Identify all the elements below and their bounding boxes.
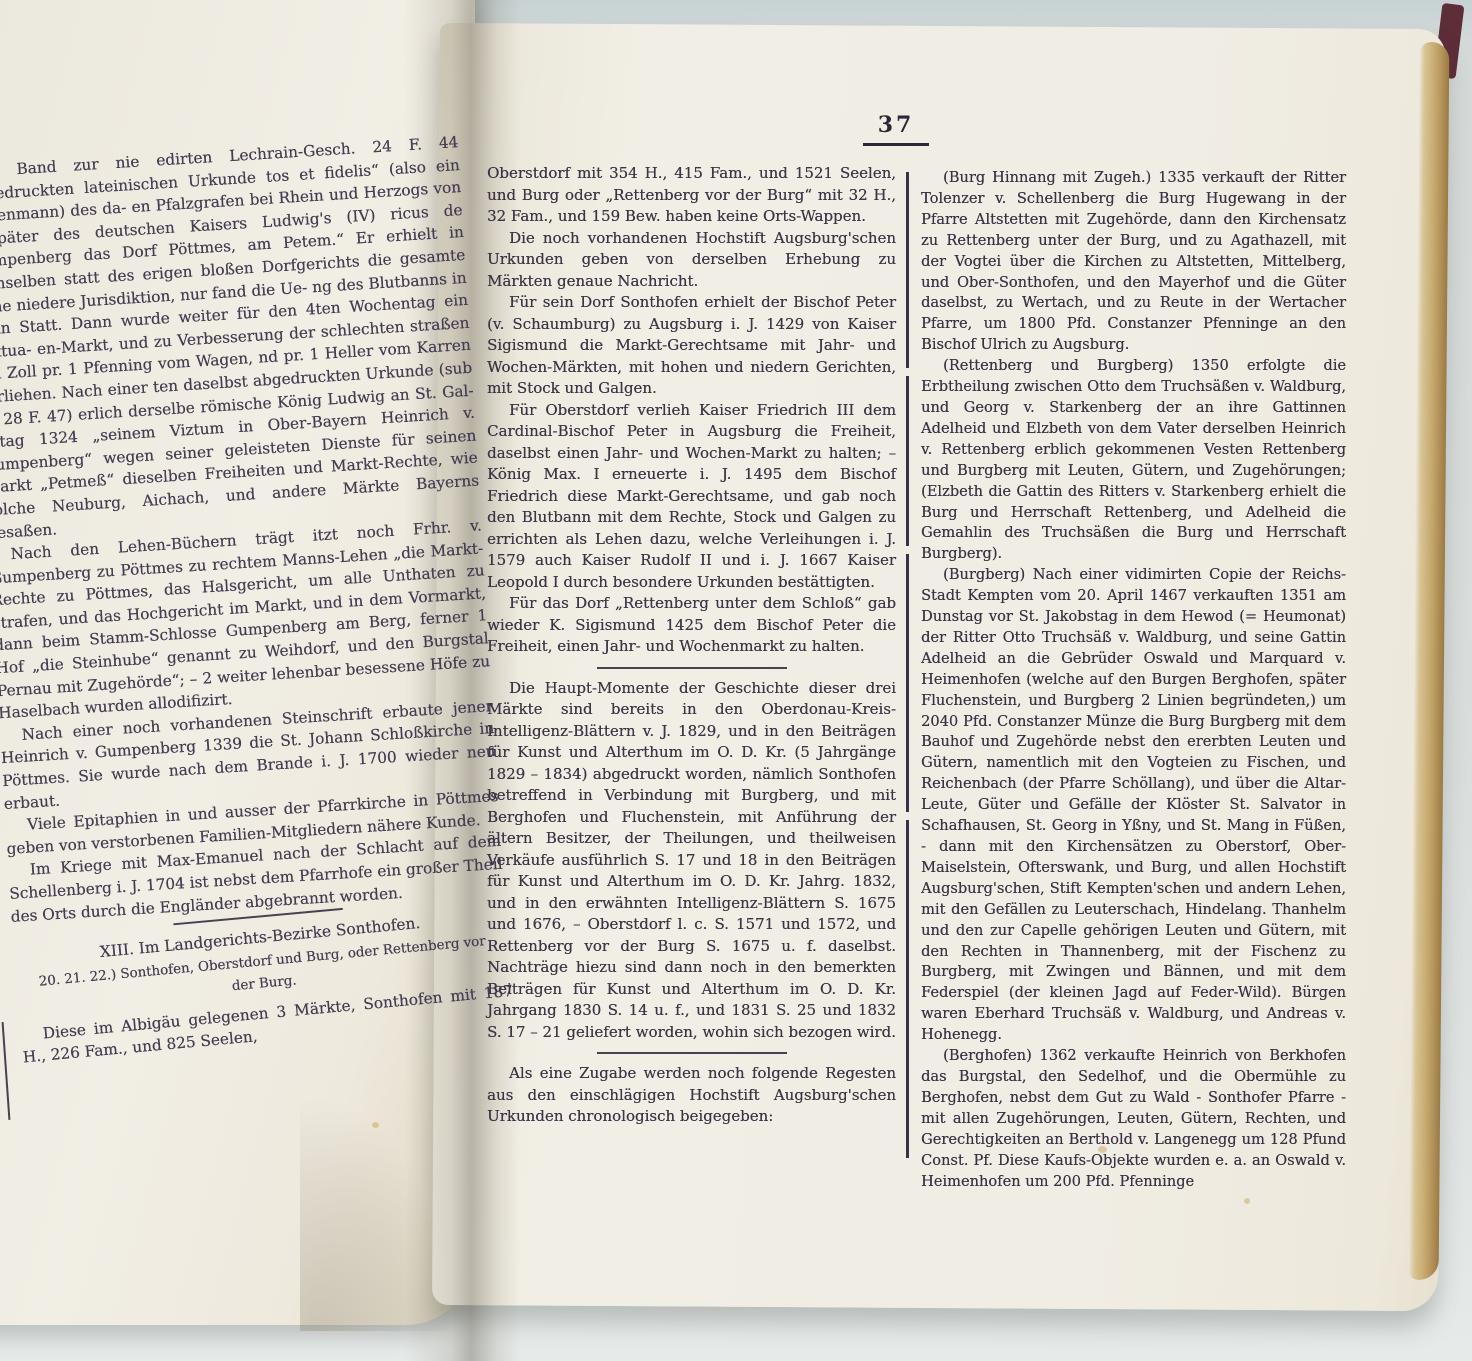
foxing-spot — [1244, 1198, 1250, 1204]
column-divider — [906, 554, 909, 812]
paragraph: Für Oberstdorf verlieh Kaiser Friedrich … — [487, 400, 896, 594]
column-divider — [906, 172, 909, 368]
paragraph: Für das Dorf „Rettenberg unter dem Schlo… — [487, 593, 896, 658]
page-number-value: 37 — [878, 112, 915, 138]
paragraph: (Berghofen) 1362 verkaufte Heinrich von … — [921, 1046, 1346, 1192]
paragraph: Oberstdorf mit 354 H., 415 Fam., und 152… — [487, 163, 896, 228]
paragraph: (Burg Hinnang mit Zugeh.) 1335 verkauft … — [921, 168, 1346, 356]
left-page-text: Urk. Band zur nie edirten Lechrain-Gesch… — [0, 131, 513, 1069]
column-divider — [906, 820, 909, 1158]
column-divider — [906, 376, 909, 546]
photo-of-open-book: 37 Urk. Band zur nie edirten Lechrain-Ge… — [0, 0, 1472, 1361]
right-page-column-2: (Burg Hinnang mit Zugeh.) 1335 verkauft … — [921, 168, 1346, 1192]
page-number: 37 — [834, 112, 958, 146]
paragraph: Die noch vorhandenen Hochstift Augsburg'… — [487, 228, 896, 293]
foxing-spot — [372, 1122, 379, 1128]
paragraph: (Rettenberg und Burgberg) 1350 erfolgte … — [921, 356, 1346, 565]
section-rule — [597, 667, 787, 669]
paragraph: Urk. Band zur nie edirten Lechrain-Gesch… — [0, 131, 481, 545]
right-page-column-1: Oberstdorf mit 354 H., 415 Fam., und 152… — [487, 163, 896, 1128]
section-rule — [597, 1052, 787, 1054]
paragraph: (Burgberg) Nach einer vidimirten Copie d… — [921, 565, 1346, 1046]
paragraph: Als eine Zugabe werden noch folgende Reg… — [487, 1063, 896, 1128]
paragraph: Die Haupt-Momente der Geschichte dieser … — [487, 678, 896, 1044]
paragraph: Nach den Lehen-Büchern trägt itzt noch F… — [0, 514, 492, 725]
paragraph: Für sein Dorf Sonthofen erhielt der Bisc… — [487, 292, 896, 400]
page-number-rule — [863, 143, 929, 146]
